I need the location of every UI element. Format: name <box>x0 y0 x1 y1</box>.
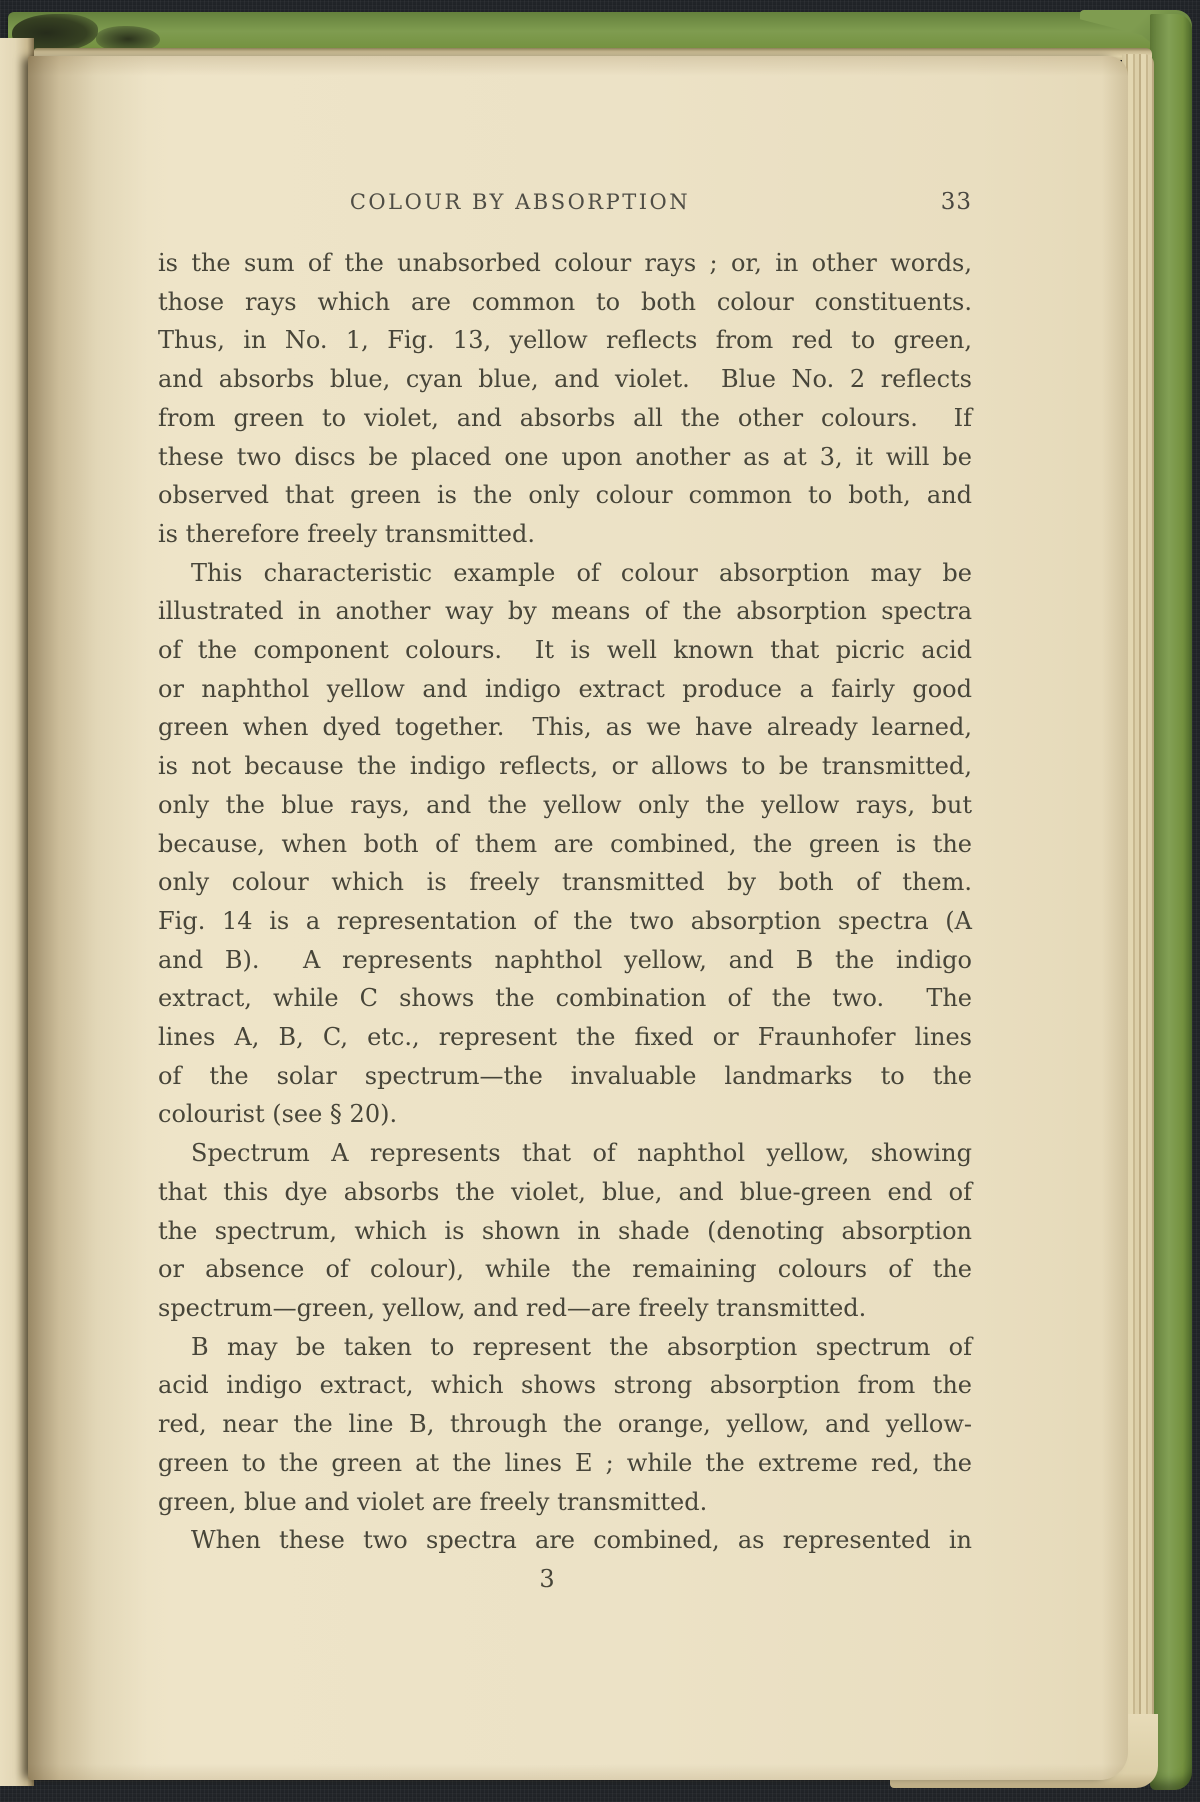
text-line: acid indigo extract, which shows strong … <box>158 1366 972 1405</box>
text-line: and B). A represents naphthol yellow, an… <box>158 941 972 980</box>
text-line: When these two spectra are combined, as … <box>158 1521 972 1560</box>
text-line: green, blue and violet are freely transm… <box>158 1483 972 1522</box>
text-line: the spectrum, which is shown in shade (d… <box>158 1212 972 1251</box>
text-line: because, when both of them are combined,… <box>158 825 972 864</box>
text-line: illustrated in another way by means of t… <box>158 592 972 631</box>
paragraph: is the sum of the unabsorbed colour rays… <box>158 244 972 554</box>
book-page: COLOUR BY ABSORPTION 33 is the sum of th… <box>28 56 1128 1780</box>
book-photo: COLOUR BY ABSORPTION 33 is the sum of th… <box>0 0 1200 1802</box>
text-line: Fig. 14 is a representation of the two a… <box>158 902 972 941</box>
paragraph: Spectrum A represents that of naphthol y… <box>158 1134 972 1328</box>
running-title: COLOUR BY ABSORPTION <box>158 190 882 214</box>
text-line: green to the green at the lines E ; whil… <box>158 1444 972 1483</box>
text-line: only colour which is freely transmitted … <box>158 863 972 902</box>
text-line: from green to violet, and absorbs all th… <box>158 399 972 438</box>
text-line: red, near the line B, through the orange… <box>158 1405 972 1444</box>
text-line: is therefore freely transmitted. <box>158 515 972 554</box>
book-cover-fore-edge <box>1150 14 1192 1790</box>
text-line: observed that green is the only colour c… <box>158 476 972 515</box>
page-number: 33 <box>941 189 972 215</box>
text-line: spectrum—green, yellow, and red—are free… <box>158 1289 972 1328</box>
text-line: of the solar spectrum—the invaluable lan… <box>158 1057 972 1096</box>
text-line: or absence of colour), while the remaini… <box>158 1250 972 1289</box>
text-line: only the blue rays, and the yellow only … <box>158 786 972 825</box>
text-line: B may be taken to represent the absorpti… <box>158 1328 972 1367</box>
page-header: COLOUR BY ABSORPTION 33 <box>158 190 972 220</box>
text-line: or naphthol yellow and indigo extract pr… <box>158 670 972 709</box>
text-line: is not because the indigo reflects, or a… <box>158 747 972 786</box>
text-line: lines A, B, C, etc., represent the fixed… <box>158 1018 972 1057</box>
signature-mark: 3 <box>140 1560 954 1599</box>
text-line: This characteristic example of colour ab… <box>158 554 972 593</box>
paragraph: This characteristic example of colour ab… <box>158 554 972 1135</box>
text-line: green when dyed together. This, as we ha… <box>158 708 972 747</box>
text-line: colourist (see § 20). <box>158 1095 972 1134</box>
text-line: extract, while C shows the combination o… <box>158 979 972 1018</box>
text-line: those rays which are common to both colo… <box>158 283 972 322</box>
paragraph: B may be taken to represent the absorpti… <box>158 1328 972 1522</box>
text-line: and absorbs blue, cyan blue, and violet.… <box>158 360 972 399</box>
text-line: Thus, in No. 1, Fig. 13, yellow reflects… <box>158 321 972 360</box>
gutter-shadow <box>28 56 148 1780</box>
text-line: these two discs be placed one upon anoth… <box>158 438 972 477</box>
body-text: is the sum of the unabsorbed colour rays… <box>158 244 972 1599</box>
text-line: Spectrum A represents that of naphthol y… <box>158 1134 972 1173</box>
text-line: that this dye absorbs the violet, blue, … <box>158 1173 972 1212</box>
paragraph: When these two spectra are combined, as … <box>158 1521 972 1560</box>
text-line: of the component colours. It is well kno… <box>158 631 972 670</box>
text-line: is the sum of the unabsorbed colour rays… <box>158 244 972 283</box>
